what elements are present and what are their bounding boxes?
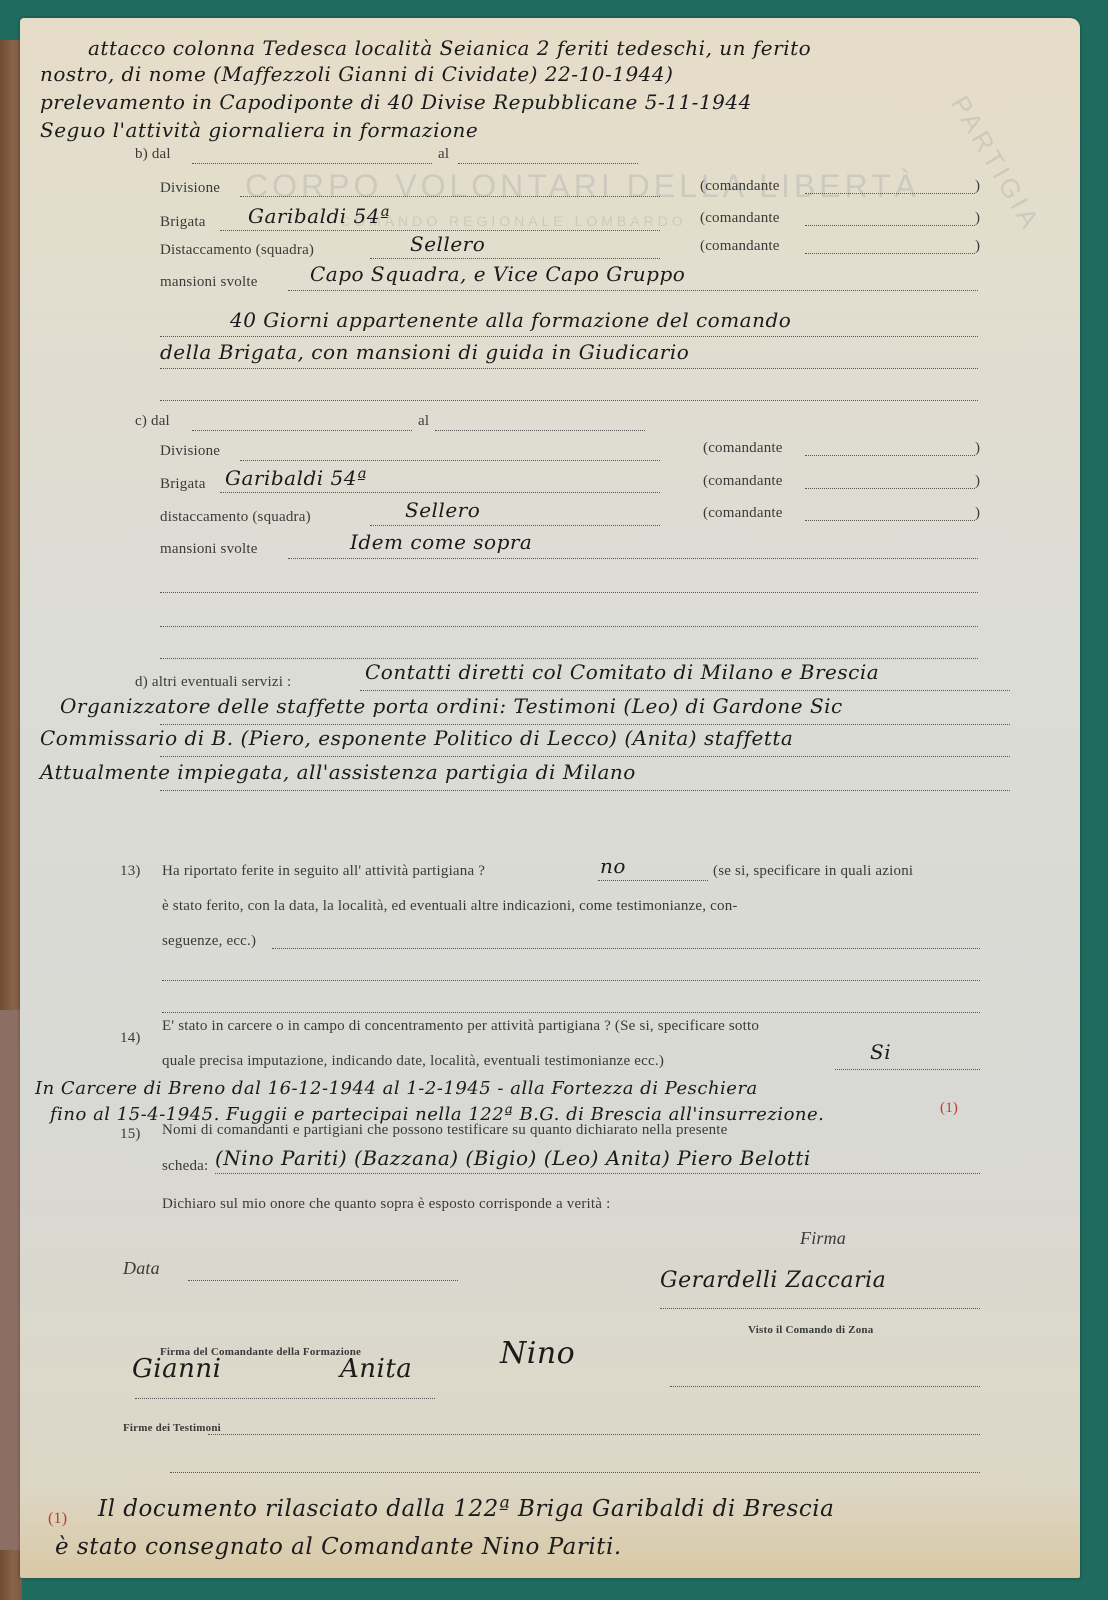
visto-field[interactable] <box>670 1386 980 1387</box>
c-mansioni-value: Idem come sopra <box>350 530 532 554</box>
q14-text-2: quale precisa imputazione, indicando dat… <box>162 1053 664 1070</box>
firma-label: Firma <box>800 1228 846 1249</box>
c-brigata-field[interactable] <box>220 492 660 493</box>
c-brigata-label: Brigata <box>160 476 206 493</box>
q15-scheda-label: scheda: <box>162 1158 208 1175</box>
c-al-label: al <box>418 413 429 430</box>
q14-footnote-mark: (1) <box>940 1100 958 1117</box>
d-value-4: Attualmente impiegata, all'assistenza pa… <box>40 760 636 784</box>
q14-number: 14) <box>120 1030 141 1047</box>
b-distaccamento-value: Sellero <box>410 232 485 256</box>
b-paren-1: ) <box>975 178 980 195</box>
c-comandante-field-2[interactable] <box>805 488 975 489</box>
testimoni-field-2[interactable] <box>170 1472 980 1473</box>
q13-text-1b: (se si, specificare in quali azioni <box>713 863 913 880</box>
firma-field[interactable] <box>660 1308 980 1309</box>
c-comandante-field-1[interactable] <box>805 455 975 456</box>
q15-field[interactable] <box>215 1173 980 1174</box>
d-field-3[interactable] <box>160 756 1010 757</box>
footnote-line-2: è stato consegnato al Comandante Nino Pa… <box>55 1534 622 1560</box>
d-field-2[interactable] <box>160 724 1010 725</box>
b-distaccamento-label: Distaccamento (squadra) <box>160 242 314 259</box>
testimoni-label: Firme dei Testimoni <box>123 1422 221 1434</box>
c-distaccamento-field[interactable] <box>370 525 660 526</box>
b-al-field[interactable] <box>458 163 638 164</box>
b-mansioni-value-2: 40 Giorni appartenente alla formazione d… <box>230 308 791 332</box>
q15-number: 15) <box>120 1126 141 1143</box>
c-divisione-label: Divisione <box>160 443 220 460</box>
c-mansioni-field-4[interactable] <box>160 658 978 659</box>
c-mansioni-field-2[interactable] <box>160 592 978 593</box>
visto-label: Visto il Comando di Zona <box>748 1324 873 1336</box>
b-mansioni-field-3[interactable] <box>160 368 978 369</box>
footnote-line-1: Il documento rilasciato dalla 122ª Briga… <box>98 1496 834 1522</box>
q13-field-2[interactable] <box>162 980 980 981</box>
b-paren-2: ) <box>975 210 980 227</box>
d-value-3: Commissario di B. (Piero, esponente Poli… <box>40 726 793 750</box>
comandante-signature-3: Nino <box>500 1336 575 1371</box>
d-field-1[interactable] <box>360 690 1010 691</box>
q13-text-3: seguenze, ecc.) <box>162 933 256 950</box>
d-value-1: Contatti diretti col Comitato di Milano … <box>365 660 879 684</box>
b-divisione-label: Divisione <box>160 180 220 197</box>
document-page: CORPO VOLONTARI DELLA LIBERTÀ COMANDO RE… <box>20 18 1080 1578</box>
q14-answer: Si <box>870 1040 891 1064</box>
q13-number: 13) <box>120 863 141 880</box>
c-al-field[interactable] <box>435 430 645 431</box>
q13-answer-field[interactable] <box>598 880 708 881</box>
c-comandante-field-3[interactable] <box>805 520 975 521</box>
comandante-signature-1: Gianni <box>132 1354 221 1384</box>
b-comandante-field-1[interactable] <box>805 193 975 194</box>
c-brigata-value: Garibaldi 54ª <box>225 466 367 490</box>
b-brigata-value: Garibaldi 54ª <box>248 204 390 228</box>
header-note-3: prelevamento in Capodiponte di 40 Divise… <box>40 90 752 114</box>
q15-names: (Nino Pariti) (Bazzana) (Bigio) (Leo) An… <box>215 1146 811 1170</box>
testimoni-field-1[interactable] <box>208 1434 980 1435</box>
q13-answer: no <box>600 854 626 878</box>
stamp-side: PARTIGIA <box>944 90 1046 236</box>
c-paren-1: ) <box>975 440 980 457</box>
stamp-text: CORPO VOLONTARI DELLA LIBERTÀ <box>245 168 920 205</box>
q14-answer-field[interactable] <box>835 1069 980 1070</box>
b-mansioni-field-1[interactable] <box>288 290 978 291</box>
c-comandante-label-2: (comandante <box>703 473 783 490</box>
data-field[interactable] <box>188 1280 458 1281</box>
c-dal-field[interactable] <box>192 430 412 431</box>
c-comandante-label-1: (comandante <box>703 440 783 457</box>
c-mansioni-label: mansioni svolte <box>160 541 258 558</box>
b-brigata-field[interactable] <box>220 230 660 231</box>
d-value-2: Organizzatore delle staffette porta ordi… <box>60 694 843 718</box>
b-dal-field[interactable] <box>192 163 432 164</box>
b-mansioni-field-4[interactable] <box>160 400 978 401</box>
header-note-1: attacco colonna Tedesca località Seianic… <box>88 36 811 60</box>
c-mansioni-field-3[interactable] <box>160 626 978 627</box>
c-dal-label: c) dal <box>135 413 170 430</box>
b-comandante-label-2: (comandante <box>700 210 780 227</box>
b-comandante-field-3[interactable] <box>805 253 975 254</box>
b-mansioni-value-1: Capo Squadra, e Vice Capo Gruppo <box>310 262 685 286</box>
b-paren-3: ) <box>975 238 980 255</box>
b-mansioni-field-2[interactable] <box>160 336 978 337</box>
data-label: Data <box>123 1258 160 1279</box>
b-distaccamento-field[interactable] <box>370 258 660 259</box>
c-distaccamento-label: distaccamento (squadra) <box>160 509 311 526</box>
d-field-4[interactable] <box>160 790 1010 791</box>
footnote-mark: (1) <box>48 1510 67 1528</box>
b-mansioni-label: mansioni svolte <box>160 274 258 291</box>
b-divisione-field[interactable] <box>240 196 660 197</box>
b-al-label: al <box>438 146 449 163</box>
c-mansioni-field-1[interactable] <box>288 558 978 559</box>
q15-text-1: Nomi di comandanti e partigiani che poss… <box>162 1122 728 1139</box>
comandante-field[interactable] <box>135 1398 435 1399</box>
stamp-subtext: COMANDO REGIONALE LOMBARDO <box>340 213 687 229</box>
header-note-2: nostro, di nome (Maffezzoli Gianni di Ci… <box>40 62 673 86</box>
firma-signature: Gerardelli Zaccaria <box>660 1268 886 1293</box>
q13-field-3[interactable] <box>162 1012 980 1013</box>
b-dal-label: b) dal <box>135 146 171 163</box>
b-brigata-label: Brigata <box>160 214 206 231</box>
q14-text-1: E' stato in carcere o in campo di concen… <box>162 1018 759 1035</box>
q13-text-2: è stato ferito, con la data, la località… <box>162 898 738 915</box>
q13-field-1[interactable] <box>272 948 980 949</box>
declaration-text: Dichiaro sul mio onore che quanto sopra … <box>162 1196 610 1213</box>
d-label: d) altri eventuali servizi : <box>135 674 291 691</box>
b-comandante-label-3: (comandante <box>700 238 780 255</box>
c-distaccamento-value: Sellero <box>405 498 480 522</box>
b-comandante-label-1: (comandante <box>700 178 780 195</box>
q13-text-1: Ha riportato ferite in seguito all' atti… <box>162 863 485 880</box>
c-paren-2: ) <box>975 473 980 490</box>
b-mansioni-value-3: della Brigata, con mansioni di guida in … <box>160 340 689 364</box>
c-comandante-label-3: (comandante <box>703 505 783 522</box>
c-paren-3: ) <box>975 505 980 522</box>
q14-hand-1: In Carcere di Breno dal 16-12-1944 al 1-… <box>35 1078 758 1099</box>
header-note-4: Seguo l'attività giornaliera in formazio… <box>40 118 478 142</box>
b-comandante-field-2[interactable] <box>805 225 975 226</box>
c-divisione-field[interactable] <box>240 460 660 461</box>
comandante-signature-2: Anita <box>340 1354 412 1384</box>
